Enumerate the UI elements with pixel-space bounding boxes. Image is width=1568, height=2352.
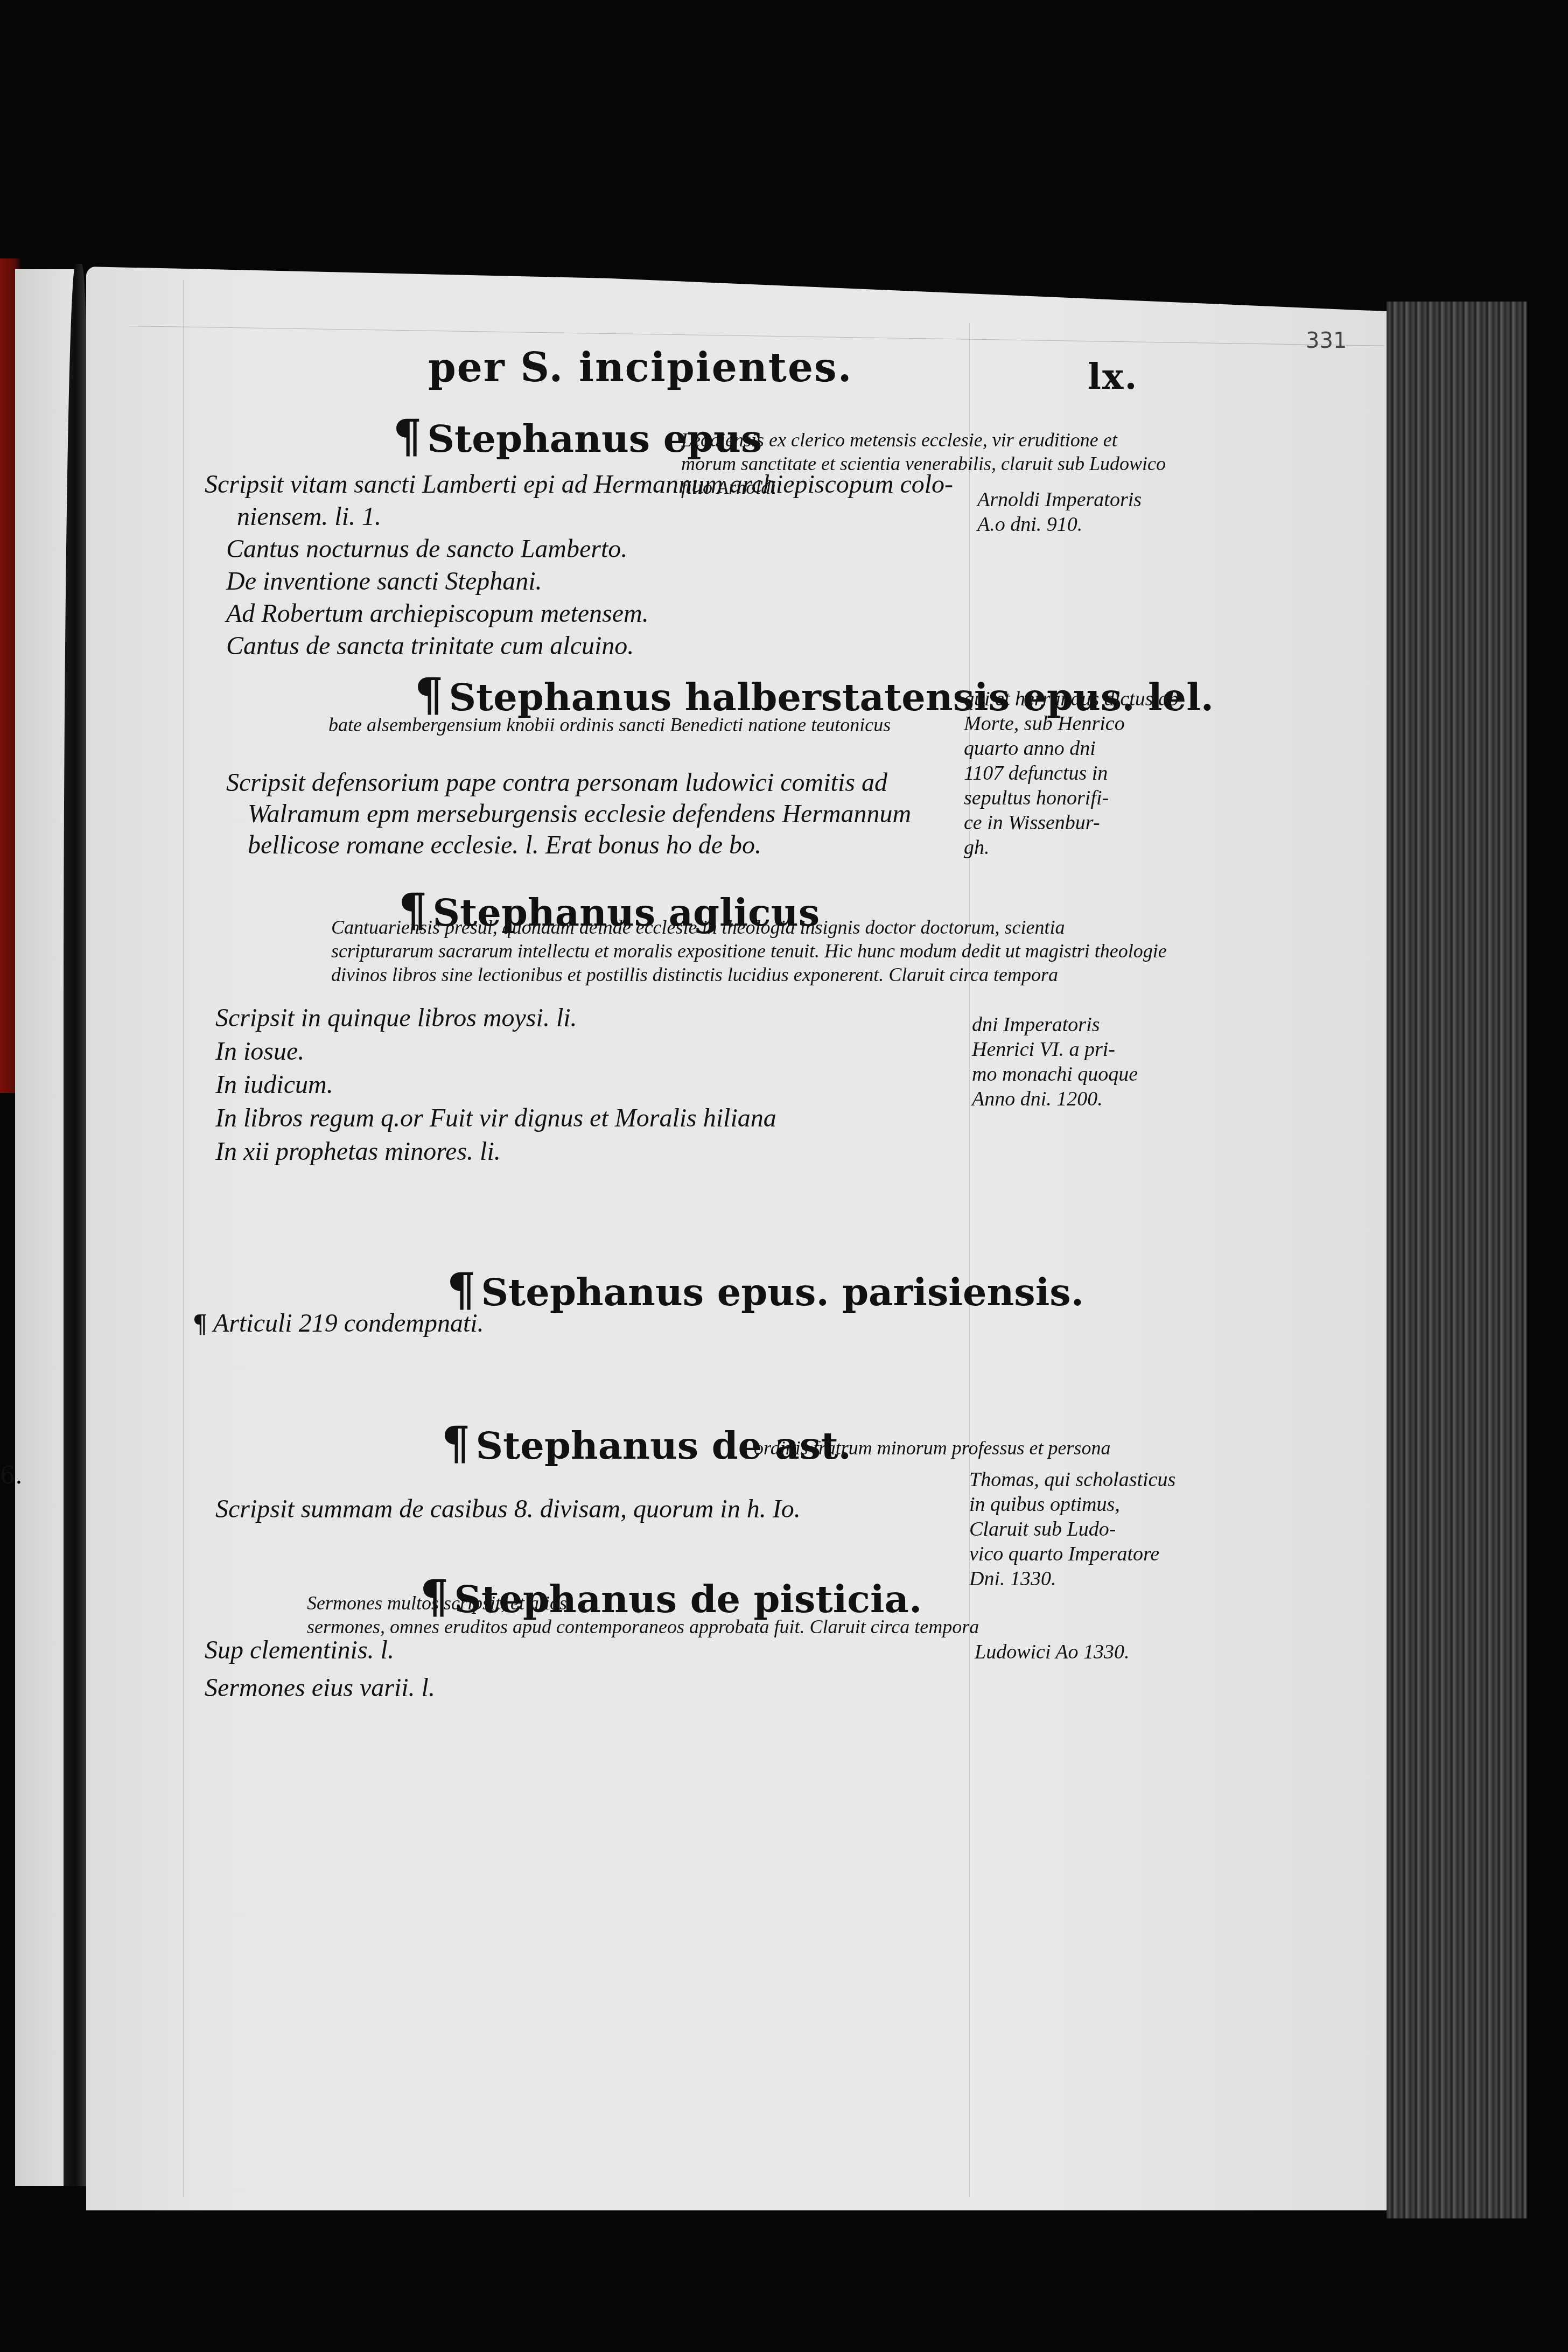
paragraph-mark-icon: ¶ bbox=[194, 1309, 213, 1338]
margin-note: dni Imperatoris Henrici VI. a pri- mo mo… bbox=[972, 1012, 1138, 1111]
work-line: In iosue. bbox=[215, 1035, 776, 1068]
work-line: In xii prophetas minores. li. bbox=[215, 1135, 776, 1168]
entry-works: Sup clementinis. l. Sermones eius varii.… bbox=[205, 1632, 435, 1707]
work-line: Sup clementinis. l. bbox=[205, 1632, 435, 1669]
entry-works: Scripsit vitam sancti Lamberti epi ad He… bbox=[205, 468, 953, 662]
work-line: De inventione sancti Stephani. bbox=[205, 565, 953, 598]
note-column-ruling bbox=[969, 323, 970, 2197]
work-line: ¶ Articuli 219 condempnati. bbox=[194, 1308, 484, 1338]
work-line: niensem. li. 1. bbox=[205, 501, 953, 533]
work-line: Scripsit defensorium pape contra persona… bbox=[226, 767, 911, 799]
work-line: Sermones eius varii. l. bbox=[205, 1669, 435, 1707]
entry-works: Scripsit summam de casibus 8. divisam, q… bbox=[215, 1494, 801, 1524]
entry-gloss: bate alsembergensium knobii ordinis sanc… bbox=[328, 713, 891, 736]
entry-gloss: ordinis fratrum minorum professus et per… bbox=[754, 1437, 1110, 1459]
entry-gloss: Cantuariensis presul, quondam deinde ecc… bbox=[331, 915, 1171, 986]
margin-note: Arnoldi Imperatoris A.o dni. 910. bbox=[977, 487, 1142, 537]
margin-note: Ludowici Ao 1330. bbox=[975, 1640, 1130, 1664]
work-line: In libros regum q.or Fuit vir dignus et … bbox=[215, 1102, 776, 1135]
paragraph-mark-icon: ¶ bbox=[393, 409, 422, 463]
facing-page-number-fragment: 6. bbox=[0, 1462, 23, 1489]
work-line: bellicose romane ecclesie. l. Erat bonus… bbox=[226, 830, 911, 861]
work-line: Cantus nocturnus de sancto Lamberto. bbox=[205, 533, 953, 565]
entry-works: Scripsit defensorium pape contra persona… bbox=[226, 767, 911, 861]
work-line: Scripsit in quinque libros moysi. li. bbox=[215, 1002, 776, 1035]
folio-number: 331 bbox=[1306, 328, 1347, 353]
entry-works: Scripsit in quinque libros moysi. li. In… bbox=[215, 1002, 776, 1168]
left-margin-ruling bbox=[183, 280, 184, 2197]
paragraph-mark-icon: ¶ bbox=[442, 1416, 470, 1469]
margin-note: Thomas, qui scholasticus in quibus optim… bbox=[969, 1467, 1175, 1591]
margin-note: qui et herrandus dictus ab Morte, sub He… bbox=[964, 687, 1179, 860]
work-line: Scripsit summam de casibus 8. divisam, q… bbox=[215, 1494, 801, 1524]
work-line: Cantus de sancta trinitate cum alcuino. bbox=[205, 630, 953, 662]
entry-works: ¶ Articuli 219 condempnati. bbox=[194, 1308, 484, 1338]
running-head-title: per S. incipientes. bbox=[428, 345, 852, 391]
running-head-number: lx. bbox=[1088, 355, 1138, 397]
entry-heading: ¶Stephanus epus. parisiensis. bbox=[447, 1263, 1084, 1316]
page-block-edges bbox=[1387, 302, 1527, 2218]
work-line: Walramum epm merseburgensis ecclesie def… bbox=[226, 799, 911, 830]
work-line: Scripsit vitam sancti Lamberti epi ad He… bbox=[205, 468, 953, 501]
work-line: Ad Robertum archiepiscopum metensem. bbox=[205, 598, 953, 630]
work-line: In iudicum. bbox=[215, 1068, 776, 1102]
